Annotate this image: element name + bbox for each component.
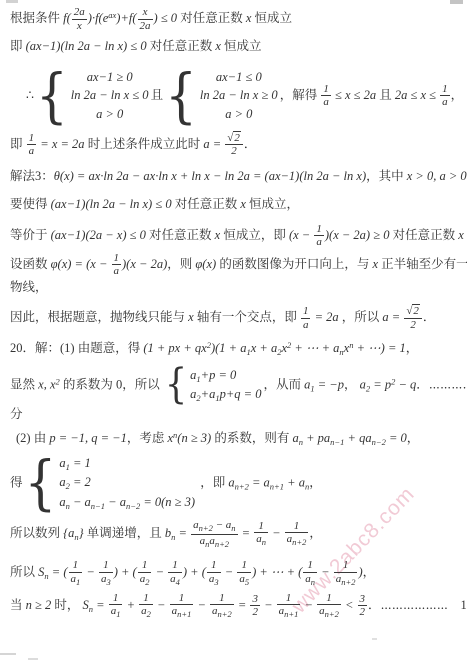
math-run: (x − [289,228,313,242]
radicand: 2 [233,131,241,144]
fraction: 1a2 [138,559,152,587]
subscript: n+1 [270,481,284,491]
math-run: ax−1 ≥ 0 [87,70,133,84]
denominator: a [321,96,331,109]
fraction: x2a [138,6,153,32]
numerator: √2 [404,305,422,319]
math-run: = 0(n ≥ 3) [140,495,195,509]
numerator: 1 [314,223,324,237]
denominator: a3 [207,573,221,588]
numerator: 1 [168,559,182,573]
text-run: 20．解：(1) 由题意，得 [10,341,143,355]
math-run: ln 2a − ln x ≥ 0 [200,88,278,102]
text-run: ∴ [26,88,34,102]
math-run: a [114,265,120,277]
numerator: 1 [285,520,309,534]
text-line: 根据条件 f(2ax)·f(eax)+f(x2a) ≤ 0 对任意正数 x 恒成… [10,6,461,32]
math-run: − [222,565,237,579]
denominator: anan+2 [191,535,237,550]
text-run: 当 [10,598,26,612]
text-line: 显然 x, x2 的系数为 0，所以 {a1+p = 0a2+a1p+q = 0… [10,366,461,406]
text-run: 因此，根据题意，抛物线只能与 [10,310,188,324]
math-run: x [372,257,381,271]
cases-group: {a1 = 1a2 = 2an − an−1 − an−2 = 0(n ≥ 3) [25,454,196,513]
math-run: 1 [323,83,329,95]
math-run: = 0 [386,431,407,445]
math-run: + ⋯) = 1 [353,341,405,355]
math-run: )(x − 2a) ≥ 0 [325,228,393,242]
math-run: )(1 + a [211,341,247,355]
denominator: an+1 [170,605,194,620]
math-run: 1 [258,520,264,532]
math-run: {a [63,526,74,540]
numerator: 1 [334,559,358,573]
denominator: an+2 [317,605,341,620]
subscript: n [262,537,266,547]
numerator: 1 [207,559,221,573]
denominator: a1 [109,605,123,620]
math-run: a [442,96,448,108]
numerator: 1 [303,559,317,573]
math-run: + a [284,475,305,489]
brace-icon: { [25,454,57,513]
text-run: ， [344,377,360,391]
case-row: a > 0 [71,105,149,124]
subscript: 3 [106,577,110,587]
math-run: θ(x) = ax·ln 2a − ax·ln x + ln x − ln 2a… [54,169,366,183]
case-row: ax−1 ≥ 0 [71,68,149,87]
subscript: n+2 [292,537,306,547]
math-run: + [123,598,138,612]
denominator: an [303,573,317,588]
scan-artifact [372,638,377,640]
text-run: 恒成立 [255,11,293,25]
text-run: 的系数为 0，所以 [60,377,163,391]
math-run: ) + ( [183,565,206,579]
fraction: 1a [321,83,331,109]
cases-group: {ax−1 ≤ 0ln 2a − ln x ≥ 0a > 0 [165,68,278,124]
math-run: a [323,96,329,108]
text-run: 即 [10,137,26,151]
math-run: − [194,598,209,612]
subscript: n+2 [218,609,232,619]
math-run: (ax−1)(ln 2a − ln x) ≤ 0 [51,197,175,211]
text-run: 即 [10,39,26,53]
math-run: − [318,565,333,579]
sqrt-expression: √2 [406,305,420,318]
math-run: = −p [315,377,344,391]
text-run: 且 [379,88,392,102]
math-run: 1 [294,520,300,532]
fraction: 1an [254,520,268,548]
math-run: a = [203,137,224,151]
math-run: 1 [241,559,247,571]
math-run: = [239,526,254,540]
text-line: 等价于 (ax−1)(2a − x) ≤ 0 对任意正数 x 恒成立，即 (x … [10,223,461,249]
fraction: 1a [314,223,324,249]
case-row: a1 = 1 [59,454,195,474]
cases-rows: ax−1 ≥ 0ln 2a − ln x ≤ 0a > 0 [71,68,149,124]
text-run: 所以 [10,565,38,579]
math-run: x [143,6,148,18]
math-run: − [152,565,167,579]
math-run: a = [382,310,403,324]
numerator: 1 [138,559,152,573]
text-run: 所以数列 [10,526,63,540]
text-run: 恒成立 [224,39,262,53]
text-run: ， [406,341,419,355]
denominator: an [254,533,268,548]
math-run: 2 [360,606,366,618]
fraction: 1a4 [168,559,182,587]
math-run: a > 0 [225,107,252,121]
math-run: 1 [307,559,313,571]
math-run: x, x [38,377,55,391]
fraction: 1an+2 [285,520,309,548]
math-run: − a [213,519,231,531]
math-run: f( [63,11,71,25]
math-run: 1 [219,592,225,604]
math-run: − a [70,495,91,509]
math-run: = p [370,377,391,391]
numerator: 3 [358,593,368,607]
subscript: 3 [214,577,218,587]
subscript: n+2 [235,481,249,491]
text-run: 时上述条件成立此时 [88,137,204,151]
text-run: ，所以 [342,310,383,324]
math-run: + pa [303,431,330,445]
denominator: 2a [138,20,153,33]
denominator: a2 [139,605,153,620]
denominator: x [72,20,87,33]
math-run: ) + ⋯ + ( [252,565,302,579]
fraction: 1an+2 [210,592,234,620]
text-run: 要使得 [10,197,51,211]
math-run: + ⋯ + a [291,341,339,355]
subscript: n+2 [215,539,229,549]
math-run: 1 [172,559,178,571]
text-line: 解法3：θ(x) = ax·ln 2a − ax·ln x + ln x − l… [10,168,461,184]
text-run: ， [309,526,322,540]
math-run: = [93,598,108,612]
math-run: (ax−1)(ln 2a − ln x) ≤ 0 [26,39,150,53]
math-run: 3 [252,593,258,605]
math-run: − [301,598,316,612]
text-line: 要使得 (ax−1)(ln 2a − ln x) ≤ 0 对任意正数 x 恒成立… [10,196,461,212]
text-line: ∴{ax−1 ≥ 0ln 2a − ln x ≤ 0a > 0且{ax−1 ≤ … [10,68,461,124]
text-run: ． [423,310,436,324]
math-run: a [303,319,309,331]
fraction: 1a3 [207,559,221,587]
text-run: ．⋯⋯⋯⋯⋯⋯⋯⋯⋯⋯⋯4 [416,377,467,391]
numerator: 1 [139,592,153,606]
text-run: 且 [151,88,164,102]
math-run: 1 [113,592,119,604]
sqrt-expression: √2 [227,132,241,145]
subscript: n−2 [126,501,140,511]
math-run: a > 0 [96,107,123,121]
text-run: ，即 [197,475,228,489]
math-run: 1 [442,83,448,95]
math-run: +a [201,387,216,401]
text-run: 轴有一个交点，即 [197,310,300,324]
math-run: = 1 [70,456,91,470]
text-run: ，考虑 [127,431,168,445]
numerator: 1 [27,132,37,146]
text-line: 即 1a = x = 2a 时上述条件成立此时 a = √22． [10,132,461,158]
numerator: 1 [170,592,194,606]
numerator: 1 [109,592,123,606]
text-line: 物线， [10,279,461,295]
numerator: 1 [440,83,450,97]
subscript: n+1 [177,609,191,619]
cases-rows: ax−1 ≤ 0ln 2a − ln x ≥ 0a > 0 [200,68,278,124]
fraction: 1a [112,252,122,278]
page: { "watermark": { "text": "www.2abc8.com"… [0,0,467,664]
denominator: a [440,96,450,109]
case-row: a2+a1p+q = 0 [190,385,261,405]
math-run: − [83,565,98,579]
math-run: x [215,39,224,53]
math-run: 2 [231,145,237,157]
text-run: 的系数，则有 [214,431,292,445]
fraction: 1an+1 [277,592,301,620]
cases-rows: a1 = 1a2 = 2an − an−1 − an−2 = 0(n ≥ 3) [59,454,195,513]
case-row: a2 = 2 [59,473,195,493]
denominator: 2 [358,606,368,619]
subscript: 5 [245,577,249,587]
numerator: 1 [277,592,301,606]
math-run: = [175,526,190,540]
text-run: 物线， [10,280,48,294]
text-run: ， [363,565,376,579]
text-run: 显然 [10,377,38,391]
math-run: − [269,526,284,540]
text-run: 对任意正数 [149,228,215,242]
fraction: 1a1 [109,592,123,620]
text-run: ，解得 [280,88,321,102]
text-run: 对任意正数 [150,39,216,53]
math-run: x [246,11,255,25]
subscript: n−1 [330,437,344,447]
math-run: 1 [73,559,79,571]
case-row: ln 2a − ln x ≤ 0 [71,86,149,105]
numerator: 1 [321,83,331,97]
case-row: an − an−1 − an−2 = 0(n ≥ 3) [59,493,195,513]
text-line: (2) 由 p = −1, q = −1，考虑 xn(n ≥ 3) 的系数，则有… [10,430,461,448]
math-run: 1 [179,592,185,604]
text-line: 得{a1 = 1a2 = 2an − an−1 − an−2 = 0(n ≥ 3… [10,454,461,513]
text-run: ， [309,475,322,489]
math-run: − [154,598,169,612]
math-run: ≤ x ≤ 2a [332,88,379,102]
math-run: 3 [360,593,366,605]
numerator: 2a [72,6,87,20]
denominator: a3 [99,573,113,588]
math-run: − a [105,495,126,509]
text-run: ． [244,137,257,151]
brace-icon: { [36,66,68,125]
numerator: 1 [237,559,251,573]
math-run: − [261,598,276,612]
math-run: )·f(e [88,11,108,25]
math-run: ) ≤ 0 [154,11,181,25]
denominator: 2 [404,319,422,332]
denominator: an+2 [210,605,234,620]
text-run: 对任意正数 [175,197,241,211]
denominator: a [301,319,311,332]
text-run: ， [407,431,420,445]
math-run: )+f( [116,11,136,25]
fraction: 1an [303,559,317,587]
subscript: 4 [176,577,180,587]
numerator: √2 [225,132,243,146]
text-run: ， [451,88,464,102]
math-run: +p = 0 [201,368,237,382]
subscript: 1 [76,577,80,587]
scan-artifact [28,658,38,660]
math-run: ax−1 ≤ 0 [216,70,262,84]
math-run: } [79,526,87,540]
math-run: 2 [252,606,258,618]
numerator: 1 [112,252,122,266]
subscript: n+2 [199,523,213,533]
fraction: 1a [27,132,37,158]
text-line: 分 [10,406,461,422]
fraction: 1an+2 [334,559,358,587]
fraction: 2ax [72,6,87,32]
cases-group: {a1+p = 0a2+a1p+q = 0 [165,366,262,406]
math-run: x [188,310,197,324]
math-run: + qa [344,431,371,445]
text-line: 当 n ≥ 2 时， Sn = 1a1 + 1a2 − 1an+1 − 1an+… [10,592,461,620]
fraction: √22 [225,132,243,158]
numerator: 1 [99,559,113,573]
denominator: a2 [138,573,152,588]
math-run: 2a ≤ x ≤ [392,88,439,102]
subscript: n [311,577,315,587]
math-run: < [342,598,357,612]
math-run: a [316,236,322,248]
subscript: 2 [145,577,149,587]
text-run: 单调递增，且 [87,526,165,540]
math-run: 2a [140,20,151,32]
math-run: 1 [303,305,309,317]
text-line: 设函数 φ(x) = (x − 1a)(x − 2a)，则 φ(x) 的函数图像… [10,252,461,278]
math-run: x + a [251,341,277,355]
fraction: 32 [250,593,260,619]
denominator: 2 [250,606,260,619]
denominator: an+2 [285,533,309,548]
math-run: p = −1, q = −1 [49,431,127,445]
denominator: a1 [69,573,83,588]
fraction: 1an+2 [317,592,341,620]
text-line: 即 (ax−1)(ln 2a − ln x) ≤ 0 对任意正数 x 恒成立 [10,38,461,54]
subscript: n+2 [341,577,355,587]
math-run: 1 [316,223,322,235]
text-run: 时， [54,598,82,612]
numerator: 1 [317,592,341,606]
text-run: 分 [10,407,23,421]
math-run: x [458,228,467,242]
text-run: 的函数图像为开口向上，与 [219,257,372,271]
text-run: ．⋯⋯⋯⋯⋯⋯ 10 分 [368,598,467,612]
subscript: n+1 [284,609,298,619]
math-run: = 2a [311,310,341,324]
denominator: a [27,145,37,158]
math-run: 1 [343,559,349,571]
denominator: an+2 [334,573,358,588]
fraction: 1a [301,305,311,331]
text-run: 设函数 [10,257,51,271]
math-run: 1 [142,559,148,571]
math-run: x > 0, a > 0 [407,169,467,183]
denominator: 2 [225,145,243,158]
subscript: n+2 [325,609,339,619]
math-run: ) + ( [114,565,137,579]
denominator: an+1 [277,605,301,620]
text-run: 恒成立， [249,197,299,211]
text-line: 所以 Sn = (1a1 − 1a3) + (1a2 − 1a4) + (1a3… [10,559,461,587]
brace-icon: { [165,66,197,125]
fraction: 1a2 [139,592,153,620]
scan-artifact [0,653,16,655]
math-run: n ≥ 2 [26,598,55,612]
text-line: 所以数列 {an} 单调递增，且 bn = an+2 − ananan+2 = … [10,519,461,550]
math-run: = a [249,475,270,489]
text-run: 解法3： [10,169,54,183]
numerator: an+2 − an [191,519,237,535]
math-run: (ax−1)(2a − x) ≤ 0 [51,228,149,242]
text-run: 正半轴至少有一个交点的抛 [381,257,467,271]
text-line: 因此，根据题意，抛物线只能与 x 轴有一个交点，即 1a = 2a ，所以 a … [10,305,461,331]
subscript: 2 [147,609,151,619]
case-row: ln 2a − ln x ≥ 0 [200,86,278,105]
text-run: (2) 由 [16,431,49,445]
radicand: 2 [412,304,420,317]
math-run: 1 [326,592,332,604]
math-run: a [29,145,35,157]
math-run: φ(x) [195,257,219,271]
fraction: an+2 − ananan+2 [191,519,237,550]
text-run: ，从而 [263,377,304,391]
fraction: 32 [358,593,368,619]
text-run: ，其中 [366,169,407,183]
case-row: a1+p = 0 [190,366,261,386]
fraction: 1a5 [237,559,251,587]
math-run: − q [395,377,416,391]
text-run: 得 [10,475,23,489]
math-run: (1 + px + qx [143,341,206,355]
text-line: 20．解：(1) 由题意，得 (1 + px + qx2)(1 + a1x + … [10,340,461,358]
text-run: 根据条件 [10,11,63,25]
math-run: 1 [211,559,217,571]
math-run: ln 2a − ln x ≤ 0 [71,88,149,102]
denominator: a5 [237,573,251,588]
case-row: ax−1 ≤ 0 [200,68,278,87]
document-body: 根据条件 f(2ax)·f(eax)+f(x2a) ≤ 0 对任意正数 x 恒成… [0,0,467,620]
math-run: 1 [103,559,109,571]
subscript: n−2 [372,437,386,447]
text-run: 恒成立，即 [223,228,289,242]
math-run: 1 [114,252,120,264]
fraction: √22 [404,305,422,331]
text-run: 对任意正数 [180,11,246,25]
brace-icon: { [165,365,187,406]
math-run: 1 [286,592,292,604]
math-run: = 2 [70,475,91,489]
denominator: a [112,265,122,278]
